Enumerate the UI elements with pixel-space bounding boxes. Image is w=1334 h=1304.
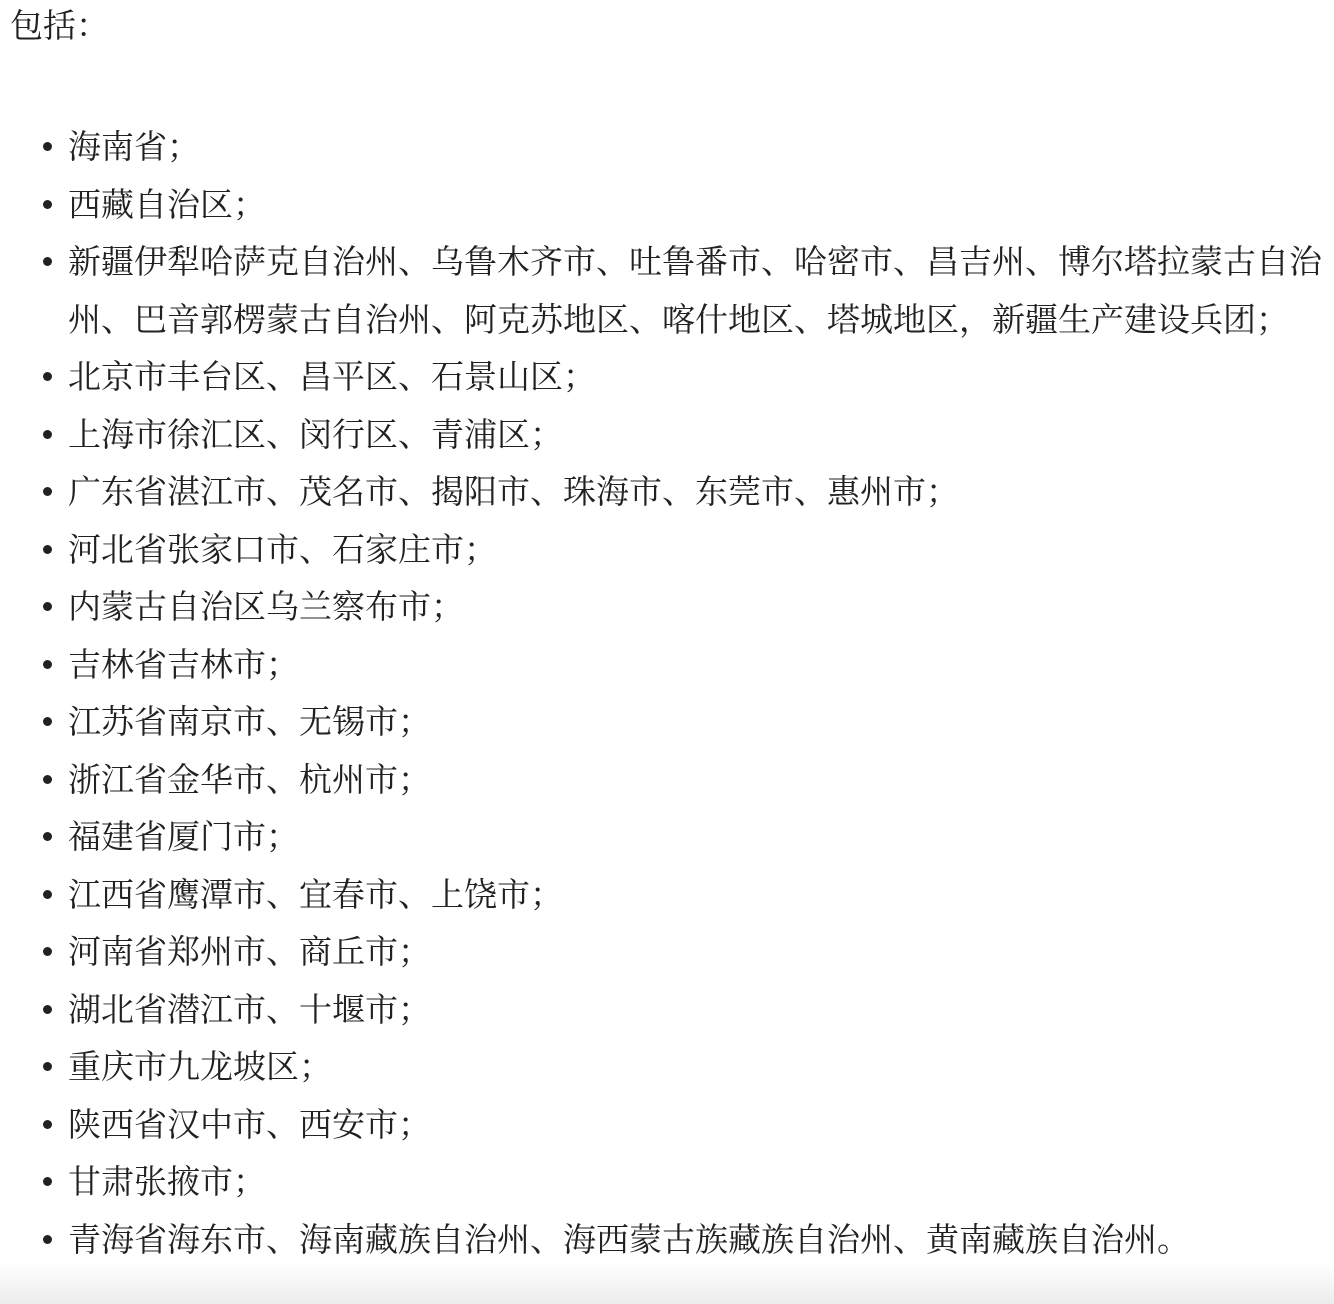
intro-text: 包括： — [10, 5, 1326, 47]
bullet-icon — [43, 602, 52, 611]
list-item: 福建省厦门市； — [10, 808, 1326, 866]
bullet-icon — [43, 832, 52, 841]
list-item-text: 浙江省金华市、杭州市； — [68, 761, 431, 798]
bullet-icon — [43, 1062, 52, 1071]
list-item: 浙江省金华市、杭州市； — [10, 751, 1326, 809]
list-item: 甘肃张掖市； — [10, 1153, 1326, 1211]
region-list: 海南省； 西藏自治区； 新疆伊犁哈萨克自治州、乌鲁木齐市、吐鲁番市、哈密市、昌吉… — [10, 118, 1326, 1268]
list-item: 湖北省潜江市、十堰市； — [10, 981, 1326, 1039]
list-item-text: 江苏省南京市、无锡市； — [68, 703, 431, 740]
bullet-icon — [43, 1235, 52, 1244]
list-item: 河南省郑州市、商丘市； — [10, 923, 1326, 981]
list-item-text: 青海省海东市、海南藏族自治州、海西蒙古族藏族自治州、黄南藏族自治州。 — [68, 1221, 1190, 1258]
bullet-icon — [43, 1177, 52, 1186]
list-item: 上海市徐汇区、闵行区、青浦区； — [10, 406, 1326, 464]
list-item: 北京市丰台区、昌平区、石景山区； — [10, 348, 1326, 406]
bullet-icon — [43, 257, 52, 266]
list-item: 内蒙古自治区乌兰察布市； — [10, 578, 1326, 636]
list-item: 江苏省南京市、无锡市； — [10, 693, 1326, 751]
list-item-text: 北京市丰台区、昌平区、石景山区； — [68, 358, 596, 395]
list-item-text: 重庆市九龙坡区； — [68, 1048, 332, 1085]
list-item-text: 新疆伊犁哈萨克自治州、乌鲁木齐市、吐鲁番市、哈密市、昌吉州、博尔塔拉蒙古自治州、… — [68, 243, 1322, 338]
list-item: 广东省湛江市、茂名市、揭阳市、珠海市、东莞市、惠州市； — [10, 463, 1326, 521]
list-item: 吉林省吉林市； — [10, 636, 1326, 694]
bullet-icon — [43, 372, 52, 381]
bullet-icon — [43, 430, 52, 439]
list-item-text: 西藏自治区； — [68, 186, 266, 223]
bullet-icon — [43, 545, 52, 554]
bullet-icon — [43, 1005, 52, 1014]
list-item-text: 江西省鹰潭市、宜春市、上饶市； — [68, 876, 563, 913]
bullet-icon — [43, 487, 52, 496]
list-item-text: 吉林省吉林市； — [68, 646, 299, 683]
bottom-fade-gradient — [0, 1262, 1334, 1304]
list-item-text: 陕西省汉中市、西安市； — [68, 1106, 431, 1143]
list-item: 青海省海东市、海南藏族自治州、海西蒙古族藏族自治州、黄南藏族自治州。 — [10, 1211, 1326, 1269]
list-item-text: 福建省厦门市； — [68, 818, 299, 855]
bullet-icon — [43, 947, 52, 956]
list-item-text: 河北省张家口市、石家庄市； — [68, 531, 497, 568]
bullet-icon — [43, 200, 52, 209]
list-item: 重庆市九龙坡区； — [10, 1038, 1326, 1096]
list-item-text: 内蒙古自治区乌兰察布市； — [68, 588, 464, 625]
list-item-text: 上海市徐汇区、闵行区、青浦区； — [68, 416, 563, 453]
bullet-icon — [43, 717, 52, 726]
bullet-icon — [43, 142, 52, 151]
bullet-icon — [43, 775, 52, 784]
list-item-text: 湖北省潜江市、十堰市； — [68, 991, 431, 1028]
list-item-text: 河南省郑州市、商丘市； — [68, 933, 431, 970]
bullet-icon — [43, 890, 52, 899]
list-item: 新疆伊犁哈萨克自治州、乌鲁木齐市、吐鲁番市、哈密市、昌吉州、博尔塔拉蒙古自治州、… — [10, 233, 1326, 348]
bullet-icon — [43, 660, 52, 669]
list-item: 陕西省汉中市、西安市； — [10, 1096, 1326, 1154]
list-item: 西藏自治区； — [10, 176, 1326, 234]
list-item-text: 海南省； — [68, 128, 200, 165]
list-item: 江西省鹰潭市、宜春市、上饶市； — [10, 866, 1326, 924]
list-item: 河北省张家口市、石家庄市； — [10, 521, 1326, 579]
list-item: 海南省； — [10, 118, 1326, 176]
bullet-icon — [43, 1120, 52, 1129]
document-page: 包括： 海南省； 西藏自治区； 新疆伊犁哈萨克自治州、乌鲁木齐市、吐鲁番市、哈密… — [0, 0, 1334, 1304]
list-item-text: 甘肃张掖市； — [68, 1163, 266, 1200]
list-item-text: 广东省湛江市、茂名市、揭阳市、珠海市、东莞市、惠州市； — [68, 473, 959, 510]
